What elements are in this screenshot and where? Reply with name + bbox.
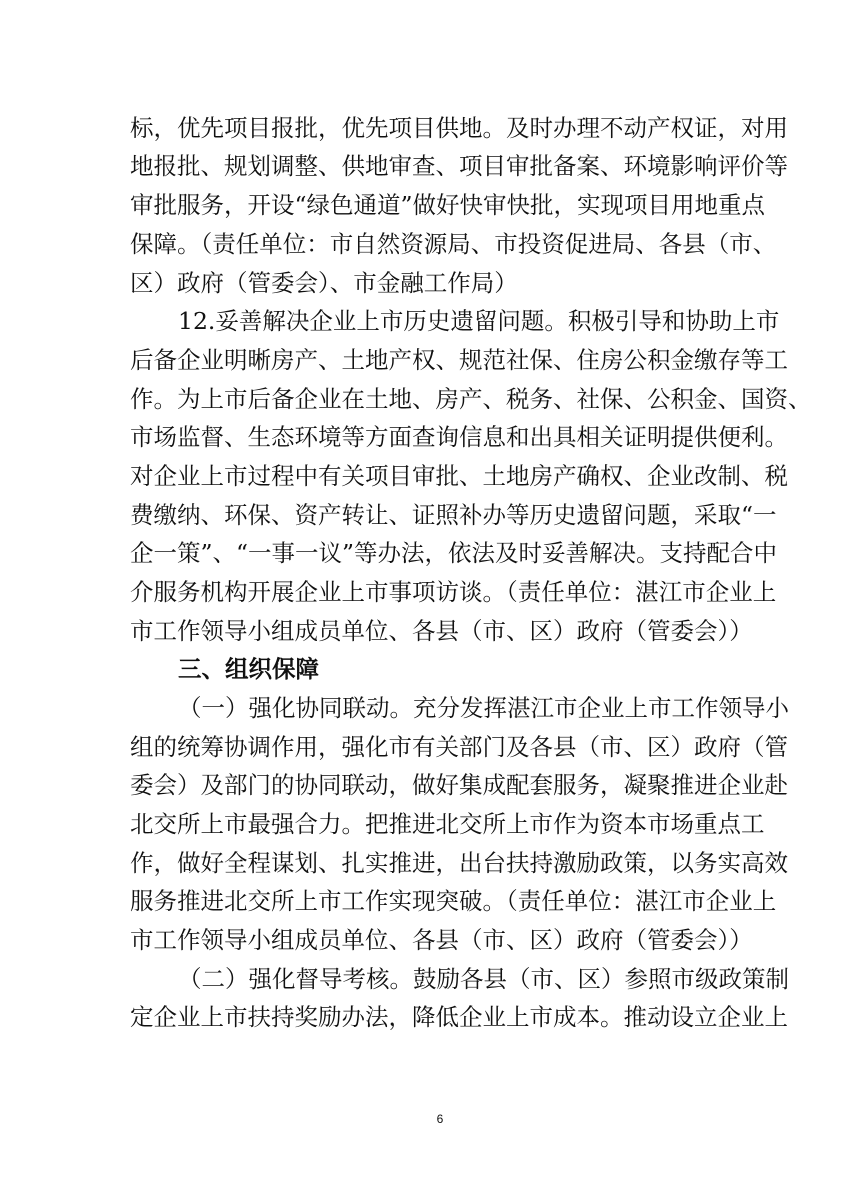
body-line: 市工作领导小组成员单位、各县（市、区）政府（管委会）） xyxy=(130,612,756,650)
body-line: 后备企业明晰房产、土地产权、规范社保、住房公积金缴存等工 xyxy=(130,341,756,379)
body-line: 对企业上市过程中有关项目审批、土地房产确权、企业改制、税 xyxy=(130,457,756,495)
subsection-1-line: （一）强化协同联动。充分发挥湛江市企业上市工作领导小 xyxy=(178,689,756,727)
body-line: 组的统筹协调作用，强化市有关部门及各县（市、区）政府（管 xyxy=(130,728,756,766)
body-line: 企一策”、“一事一议”等办法，依法及时妥善解决。支持配合中 xyxy=(130,534,756,572)
body-line: 委会）及部门的协同联动，做好集成配套服务，凝聚推进企业赴 xyxy=(130,766,756,804)
body-line: 费缴纳、环保、资产转让、证照补办等历史遗留问题，采取“一 xyxy=(130,496,756,534)
section-12-heading-line: 12.妥善解决企业上市历史遗留问题。积极引导和协助上市 xyxy=(178,302,756,340)
body-line: 市工作领导小组成员单位、各县（市、区）政府（管委会）） xyxy=(130,921,756,959)
body-line: 作。为上市后备企业在土地、房产、税务、社保、公积金、国资、 xyxy=(130,380,756,418)
page-number: 6 xyxy=(425,1112,455,1126)
body-line: 标，优先项目报批，优先项目供地。及时办理不动产权证，对用 xyxy=(130,109,756,147)
body-line: 定企业上市扶持奖励办法，降低企业上市成本。推动设立企业上 xyxy=(130,998,756,1036)
body-line: 保障。（责任单位：市自然资源局、市投资促进局、各县（市、 xyxy=(130,225,756,263)
body-line: 审批服务，开设“绿色通道”做好快审快批，实现项目用地重点 xyxy=(130,186,756,224)
body-line: 介服务机构开展企业上市事项访谈。（责任单位：湛江市企业上 xyxy=(130,573,756,611)
document-page: 标，优先项目报批，优先项目供地。及时办理不动产权证，对用 地报批、规划调整、供地… xyxy=(0,0,850,1202)
body-line: 区）政府（管委会）、市金融工作局） xyxy=(130,264,756,302)
body-line: 北交所上市最强合力。把推进北交所上市作为资本市场重点工 xyxy=(130,805,756,843)
body-line: 市场监督、生态环境等方面查询信息和出具相关证明提供便利。 xyxy=(130,418,756,456)
subsection-2-line: （二）强化督导考核。鼓励各县（市、区）参照市级政策制 xyxy=(178,960,756,998)
body-line: 作，做好全程谋划、扎实推进，出台扶持激励政策，以务实高效 xyxy=(130,844,756,882)
section-heading: 三、组织保障 xyxy=(178,650,756,688)
body-line: 服务推进北交所上市工作实现突破。（责任单位：湛江市企业上 xyxy=(130,882,756,920)
body-line: 地报批、规划调整、供地审查、项目审批备案、环境影响评价等 xyxy=(130,147,756,185)
